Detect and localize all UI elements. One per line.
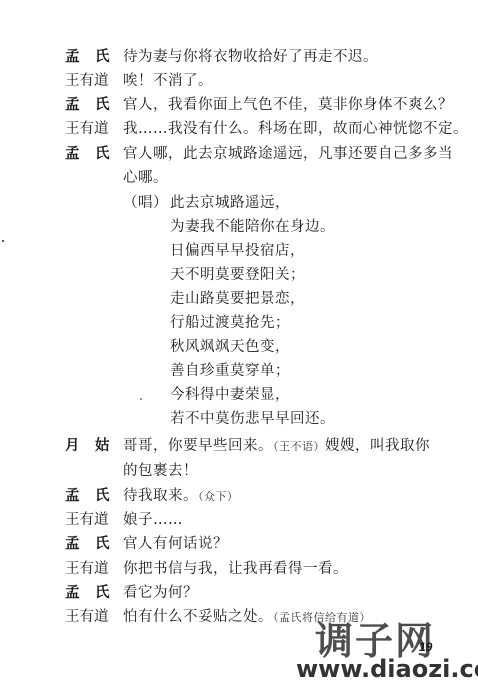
dialogue-text: 哥哥，你要早些回来。（王不语）嫂嫂，叫我取你 <box>123 437 430 456</box>
speaker-label: 月 姑 <box>65 437 110 455</box>
song-line: 天不明莫要登阳关； <box>170 266 305 284</box>
speaker-label: 王有道 <box>65 560 109 578</box>
song-line: 善自珍重莫穿单； <box>170 362 290 380</box>
scanned-page: 孟 氏 待为妻与你将衣物收拾好了再走不迟。 王有道 唉！不消了。 孟 氏 官人，… <box>0 0 478 690</box>
dialogue-continuation: 心哪。 <box>123 169 168 187</box>
dialogue-segment: 待我取来。 <box>123 488 198 504</box>
dialogue-segment: 哥哥，你要早些回来。 <box>123 438 273 454</box>
dialogue-text: 官人哪，此去京城路途遥远，凡事还要自己多多当 <box>123 145 453 163</box>
dialogue-text: 娘子…… <box>123 511 183 529</box>
stage-direction: （王不语） <box>273 440 325 453</box>
page-number: 19 <box>419 640 432 654</box>
dialogue-text: 我……我没有什么。科场在即，故而心神恍惚不定。 <box>123 120 468 138</box>
song-line: 此去京城路遥远， <box>170 194 290 212</box>
dialogue-text: 看它为何？ <box>123 584 198 602</box>
speaker-label: 孟 氏 <box>65 145 110 163</box>
speaker-label: 孟 氏 <box>65 535 110 553</box>
speaker-label: 孟 氏 <box>65 487 110 505</box>
song-line: 日偏西早早投宿店， <box>170 242 305 260</box>
dialogue-text: 待我取来。（众下） <box>123 487 239 506</box>
dialogue-text: 唉！不消了。 <box>123 72 213 90</box>
scan-speck <box>2 240 4 242</box>
dialogue-text: 待为妻与你将衣物收拾好了再走不迟。 <box>123 48 378 66</box>
speaker-label: 王有道 <box>65 608 109 626</box>
song-line: 为妻我不能陪你在身边。 <box>170 218 335 236</box>
speaker-label: 孟 氏 <box>65 584 110 602</box>
dialogue-segment: 怕有什么不妥贴之处。 <box>123 609 273 625</box>
dialogue-continuation: 的包裹去！ <box>123 462 198 480</box>
speaker-label: 孟 氏 <box>65 96 110 114</box>
dialogue-text: 官人有何话说？ <box>123 535 228 553</box>
speaker-label: 王有道 <box>65 511 109 529</box>
song-line: 走山路莫要把景恋， <box>170 290 305 308</box>
speaker-label: 王有道 <box>65 120 109 138</box>
song-line: 若不中莫伤悲早早回还。 <box>170 410 335 428</box>
scan-speck <box>140 398 142 400</box>
song-line: 秋风飒飒天色变， <box>170 338 290 356</box>
song-line: 行船过渡莫抢先； <box>170 314 290 332</box>
dialogue-text: 你把书信与我，让我再看得一看。 <box>123 560 348 578</box>
stage-direction: （众下） <box>198 490 239 503</box>
speaker-label: 王有道 <box>65 72 109 90</box>
dialogue-text: 官人，我看你面上气色不佳，莫非你身体不爽么？ <box>123 96 453 114</box>
sing-tag: （唱） <box>123 194 168 212</box>
watermark-url: www.diaozi.com <box>296 655 478 683</box>
song-line: 今科得中妻荣显， <box>170 386 290 404</box>
dialogue-segment: 嫂嫂，叫我取你 <box>325 438 430 454</box>
speaker-label: 孟 氏 <box>65 48 110 66</box>
